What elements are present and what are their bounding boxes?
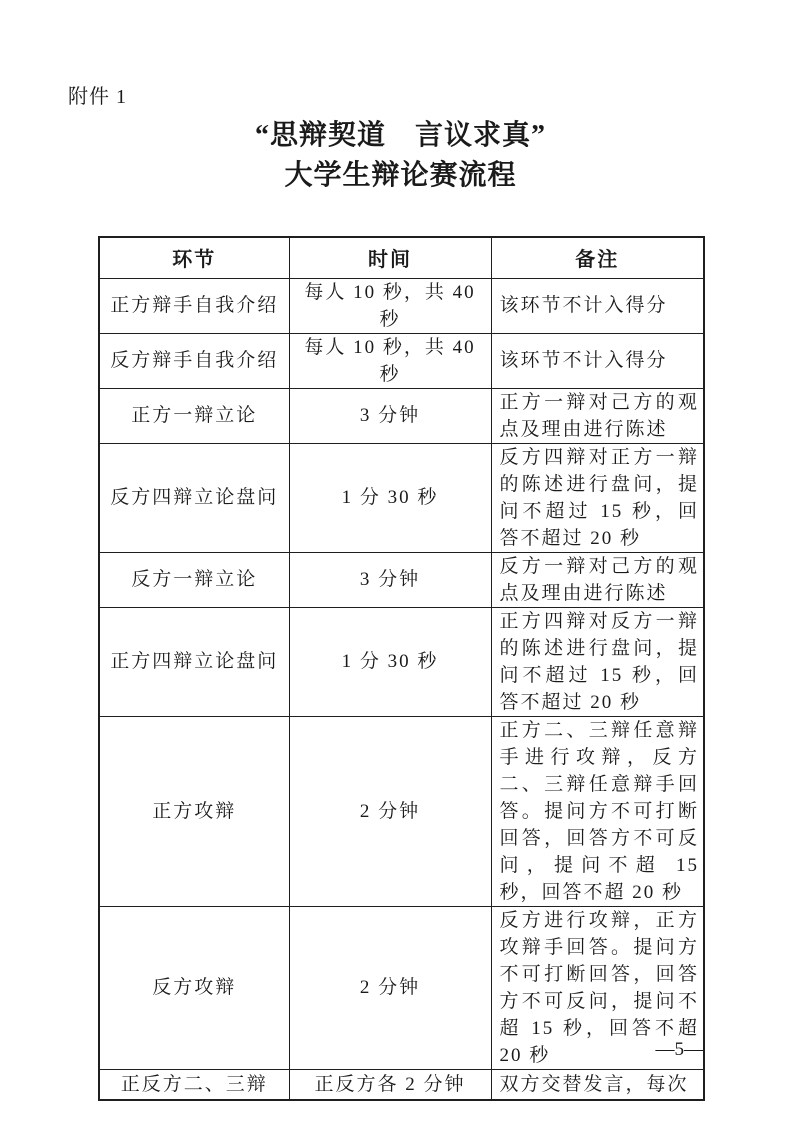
cell-stage: 正方一辩立论 [99,388,289,443]
cell-stage: 反方辩手自我介绍 [99,333,289,388]
document-title: “思辩契道 言议求真” 大学生辩论赛流程 [98,116,703,196]
cell-time: 每人 10 秒，共 40 秒 [289,333,491,388]
cell-stage: 反方一辩立论 [99,552,289,607]
table-row: 反方辩手自我介绍每人 10 秒，共 40 秒该环节不计入得分 [99,333,704,388]
column-header-note: 备注 [491,237,704,278]
cell-note: 正方四辩对反方一辩的陈述进行盘问，提问不超过 15 秒，回答不超过 20 秒 [491,607,704,716]
column-header-stage: 环节 [99,237,289,278]
cell-stage: 正方辩手自我介绍 [99,278,289,333]
cell-time: 3 分钟 [289,552,491,607]
document-page: 附件 1 “思辩契道 言议求真” 大学生辩论赛流程 环节 时间 备注 正方辩手自… [0,0,793,1122]
attachment-label: 附件 1 [68,80,127,109]
title-line-2: 大学生辩论赛流程 [98,156,703,196]
table-row: 反方一辩立论3 分钟反方一辩对己方的观点及理由进行陈述 [99,552,704,607]
table-body: 正方辩手自我介绍每人 10 秒，共 40 秒该环节不计入得分反方辩手自我介绍每人… [99,278,704,1100]
cell-note: 反方四辩对正方一辩的陈述进行盘问，提问不超过 15 秒，回答不超过 20 秒 [491,443,704,552]
cell-stage: 正反方二、三辩 [99,1069,289,1100]
table-row: 正方辩手自我介绍每人 10 秒，共 40 秒该环节不计入得分 [99,278,704,333]
cell-note: 反方一辩对己方的观点及理由进行陈述 [491,552,704,607]
cell-stage: 正方攻辩 [99,716,289,906]
cell-stage: 反方四辩立论盘问 [99,443,289,552]
cell-stage: 正方四辩立论盘问 [99,607,289,716]
debate-schedule-table: 环节 时间 备注 正方辩手自我介绍每人 10 秒，共 40 秒该环节不计入得分反… [98,236,705,1101]
table-row: 正方一辩立论3 分钟正方一辩对己方的观点及理由进行陈述 [99,388,704,443]
table-row: 反方四辩立论盘问1 分 30 秒反方四辩对正方一辩的陈述进行盘问，提问不超过 1… [99,443,704,552]
cell-note: 双方交替发言，每次 [491,1069,704,1100]
cell-note: 该环节不计入得分 [491,278,704,333]
title-line-1: “思辩契道 言议求真” [98,116,703,156]
cell-note: 正方二、三辩任意辩手进行攻辩，反方二、三辩任意辩手回答。提问方不可打断回答，回答… [491,716,704,906]
table-row: 正反方二、三辩正反方各 2 分钟双方交替发言，每次 [99,1069,704,1100]
cell-time: 1 分 30 秒 [289,443,491,552]
cell-time: 3 分钟 [289,388,491,443]
cell-time: 每人 10 秒，共 40 秒 [289,278,491,333]
table-header-row: 环节 时间 备注 [99,237,704,278]
table-row: 正方攻辩2 分钟正方二、三辩任意辩手进行攻辩，反方二、三辩任意辩手回答。提问方不… [99,716,704,906]
cell-note: 该环节不计入得分 [491,333,704,388]
cell-time: 2 分钟 [289,716,491,906]
cell-time: 正反方各 2 分钟 [289,1069,491,1100]
column-header-time: 时间 [289,237,491,278]
cell-note: 正方一辩对己方的观点及理由进行陈述 [491,388,704,443]
page-number: —5— [98,1039,703,1061]
cell-time: 1 分 30 秒 [289,607,491,716]
table-row: 正方四辩立论盘问1 分 30 秒正方四辩对反方一辩的陈述进行盘问，提问不超过 1… [99,607,704,716]
